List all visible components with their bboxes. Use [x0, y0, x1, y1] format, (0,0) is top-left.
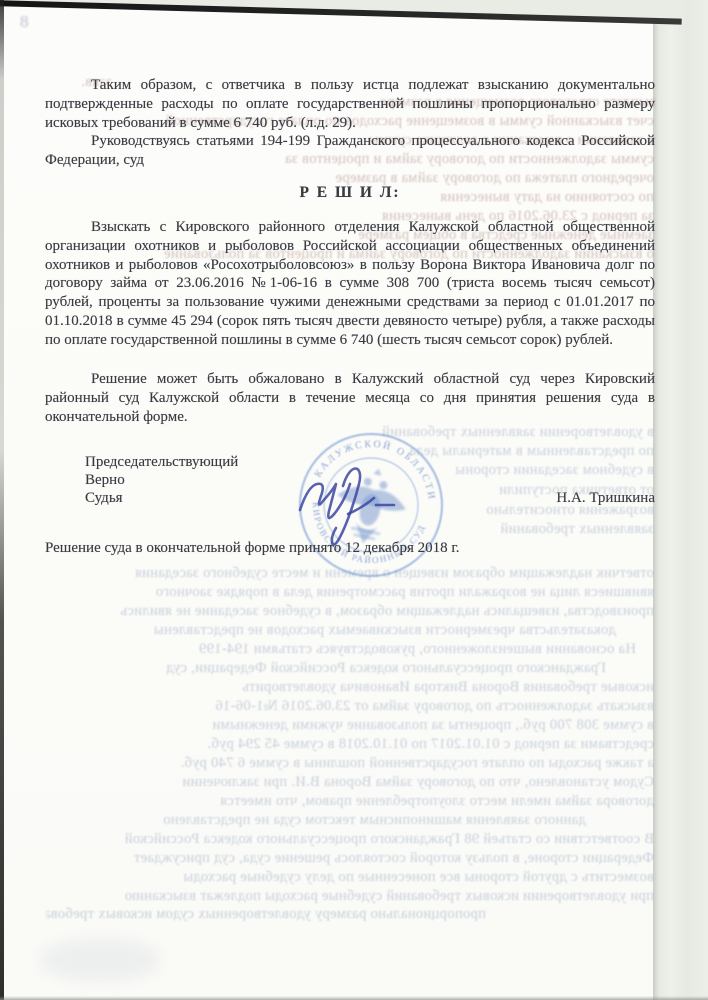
- bleedthrough-line: доказательства чрезмерности взыскиваемых…: [46, 622, 616, 639]
- bleedthrough-line: исковые требования Ворона Виктора Иванов…: [46, 679, 654, 696]
- bleedthrough-line: возместить с другой стороны все понесенн…: [46, 869, 654, 886]
- bleedthrough-line: Федерации стороне, в пользу которой сост…: [46, 850, 654, 867]
- decision-heading: Р Е Ш И Л:: [45, 184, 655, 202]
- paragraph-appeal-wrap: Решение может быть обжаловано в Калужски…: [45, 370, 655, 426]
- bleedthrough-line: а также расходы по оплате государственно…: [46, 755, 654, 772]
- paragraph-costs: Таким образом, с ответчика в пользу истц…: [45, 76, 655, 132]
- bleedthrough-line: Судом установлено, что по договору займа…: [46, 774, 654, 791]
- bleedthrough-line: договора займа имели место злоупотреблен…: [46, 793, 654, 810]
- bleedthrough-line: На основании вышеизложенного, руководств…: [46, 641, 636, 658]
- paragraph-ruling-wrap: Взыскать с Кировского районного отделени…: [45, 218, 655, 350]
- paragraph-appeal: Решение может быть обжаловано в Калужски…: [45, 370, 655, 426]
- body-paragraphs-top: Таким образом, с ответчика в пользу истц…: [45, 76, 655, 170]
- paragraph-ruling: Взыскать с Кировского районного отделени…: [45, 218, 655, 350]
- bleedthrough-line: взыскать задолженность по договору займа…: [46, 698, 654, 715]
- bleedthrough-line: В соответствии со статьей 98 Гражданског…: [46, 831, 654, 848]
- bleedthrough-line: явившиеся лица не возражали против рассм…: [46, 584, 654, 601]
- bleedthrough-line: пропорционально размеру удовлетворенных …: [46, 906, 486, 923]
- bleedthrough-line: производства, извещались надлежащим обра…: [46, 603, 654, 620]
- bleedthrough-line: данного заявления машинописным текстом с…: [46, 812, 586, 829]
- bleedthrough-line: при удовлетворении исковых требований су…: [46, 888, 654, 905]
- bleedthrough-line: в сумме 308 700 руб., проценты за пользо…: [46, 717, 654, 734]
- bleedthrough-line: средствами за период с 01.01.2017 по 01.…: [46, 736, 654, 753]
- judge-name: Н.А. Тришкина: [556, 490, 655, 507]
- judge-signature-ink: [288, 452, 428, 557]
- bleedthrough-line: заявленных требований: [444, 521, 654, 538]
- bleedthrough-line: Гражданского процессуального кодекса Рос…: [46, 660, 606, 677]
- scanned-court-decision-page: 8 заяв.выплате страхового возмещения в р…: [0, 0, 708, 1000]
- judge-role-label: Судья: [45, 490, 123, 507]
- paragraph-guided-by: Руководствуясь статьями 194-199 Гражданс…: [45, 132, 655, 170]
